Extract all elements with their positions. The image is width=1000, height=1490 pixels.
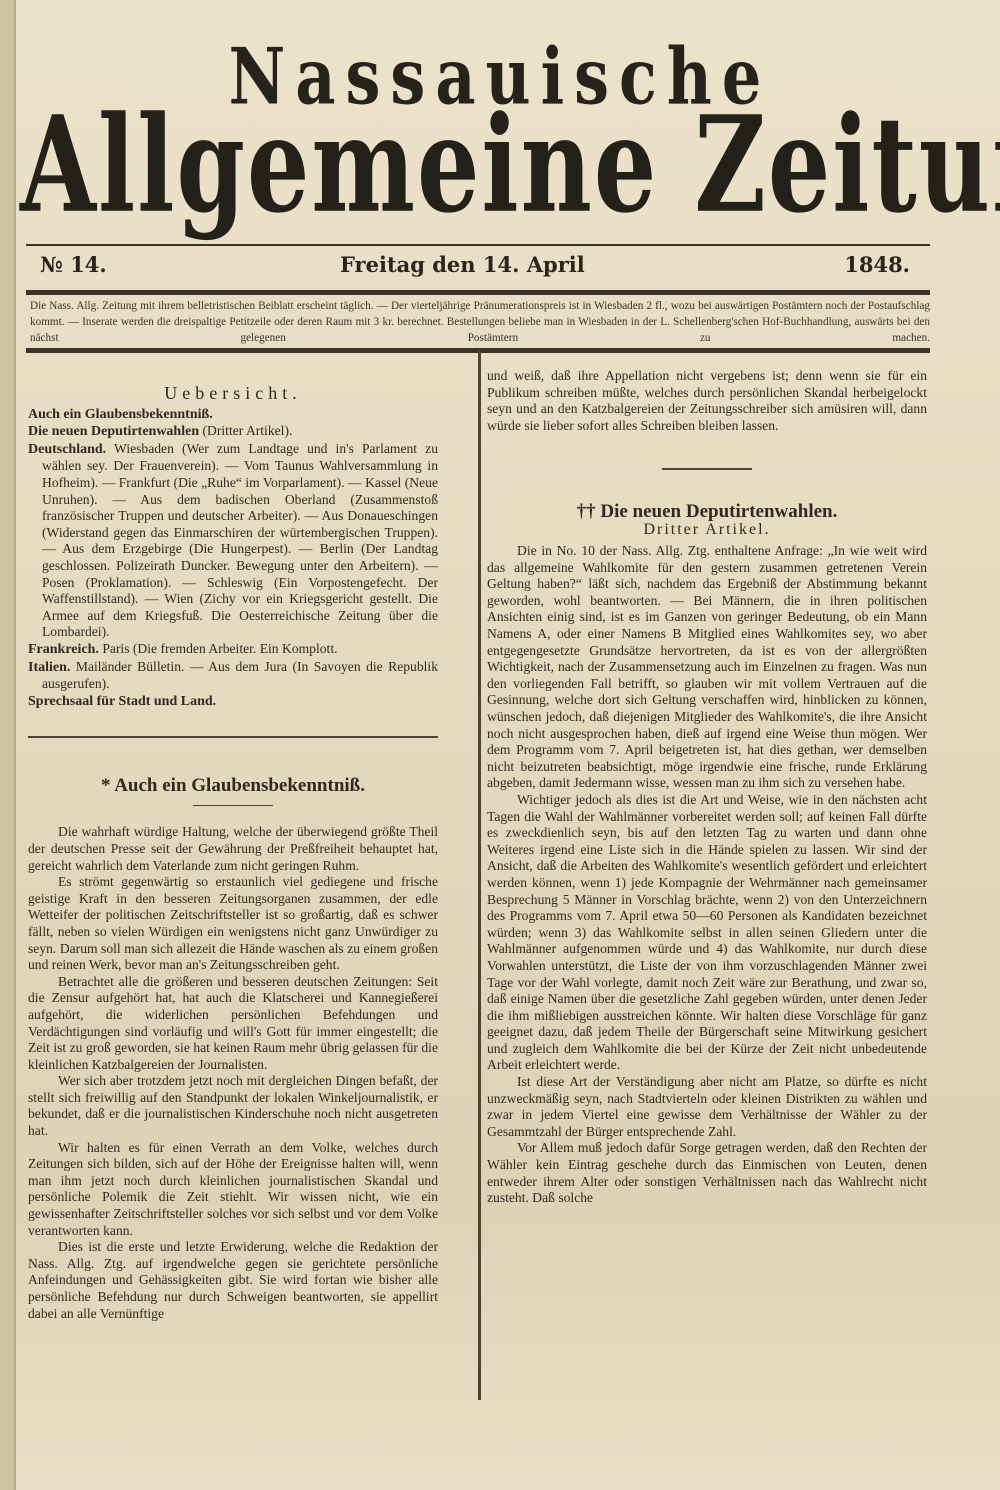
article-paragraph: Betrachtet alle die größeren und bessere… [28, 974, 438, 1074]
article-paragraph: Dies ist die erste und letzte Erwiderung… [28, 1239, 438, 1322]
article-paragraph: Vor Allem muß jedoch dafür Sorge getrage… [487, 1140, 927, 1206]
right-column: und weiß, daß ihre Appellation nicht ver… [487, 368, 927, 1207]
column-divider [478, 350, 481, 1400]
article-title: †† Die neuen Deputirtenwahlen. [487, 504, 927, 521]
dateline-rule [26, 290, 930, 295]
overview-title: Uebersicht. [28, 385, 438, 402]
article-paragraph: Es strömt gegenwärtig so erstaunlich vie… [28, 874, 438, 974]
section-rule [662, 468, 752, 470]
masthead-title: Allgemeine Zeitung. [20, 88, 980, 243]
subscription-notice: Die Nass. Allg. Zeitung mit ihrem bellet… [30, 298, 930, 346]
overview-item: Die neuen Deputirtenwahlen (Dritter Arti… [28, 423, 438, 441]
overview-item: Auch ein Glaubensbekenntniß. [28, 406, 438, 424]
overview-item: Italien. Mailänder Bülletin. — Aus dem J… [28, 659, 438, 693]
article-paragraph: Wichtiger jedoch als dies ist die Art un… [487, 792, 927, 1074]
article-paragraph: Ist diese Art der Verständigung aber nic… [487, 1074, 927, 1140]
issue-year: 1848. [844, 252, 910, 277]
issue-number: № 14. [40, 252, 107, 277]
article-paragraph: Die wahrhaft würdige Haltung, welche der… [28, 824, 438, 874]
left-column: Uebersicht. Auch ein Glaubensbekenntniß.… [28, 385, 438, 1322]
title-rule [193, 805, 273, 807]
article-continuation: und weiß, daß ihre Appellation nicht ver… [487, 368, 927, 434]
article-paragraph: Wir halten es für einen Verrath an dem V… [28, 1140, 438, 1240]
newspaper-page: Nassauische Allgemeine Zeitung. № 14. Fr… [0, 0, 1000, 1490]
article-title: * Auch ein Glaubensbekenntniß. [28, 778, 438, 795]
masthead-rule-top [26, 244, 930, 246]
dateline: № 14. Freitag den 14. April 1848. [30, 252, 910, 282]
overview-item: Sprechsaal für Stadt und Land. [28, 693, 438, 711]
page-binding-edge [0, 0, 16, 1490]
article-paragraph: Wer sich aber trotzdem jetzt noch mit de… [28, 1073, 438, 1139]
article-subtitle: Dritter Artikel. [487, 522, 927, 539]
overview-item: Frankreich. Paris (Die fremden Arbeiter.… [28, 641, 438, 659]
overview-item: Deutschland. Wiesbaden (Wer zum Landtage… [28, 441, 438, 641]
issue-date: Freitag den 14. April [340, 252, 585, 277]
article-paragraph: Die in No. 10 der Nass. Allg. Ztg. entha… [487, 543, 927, 792]
